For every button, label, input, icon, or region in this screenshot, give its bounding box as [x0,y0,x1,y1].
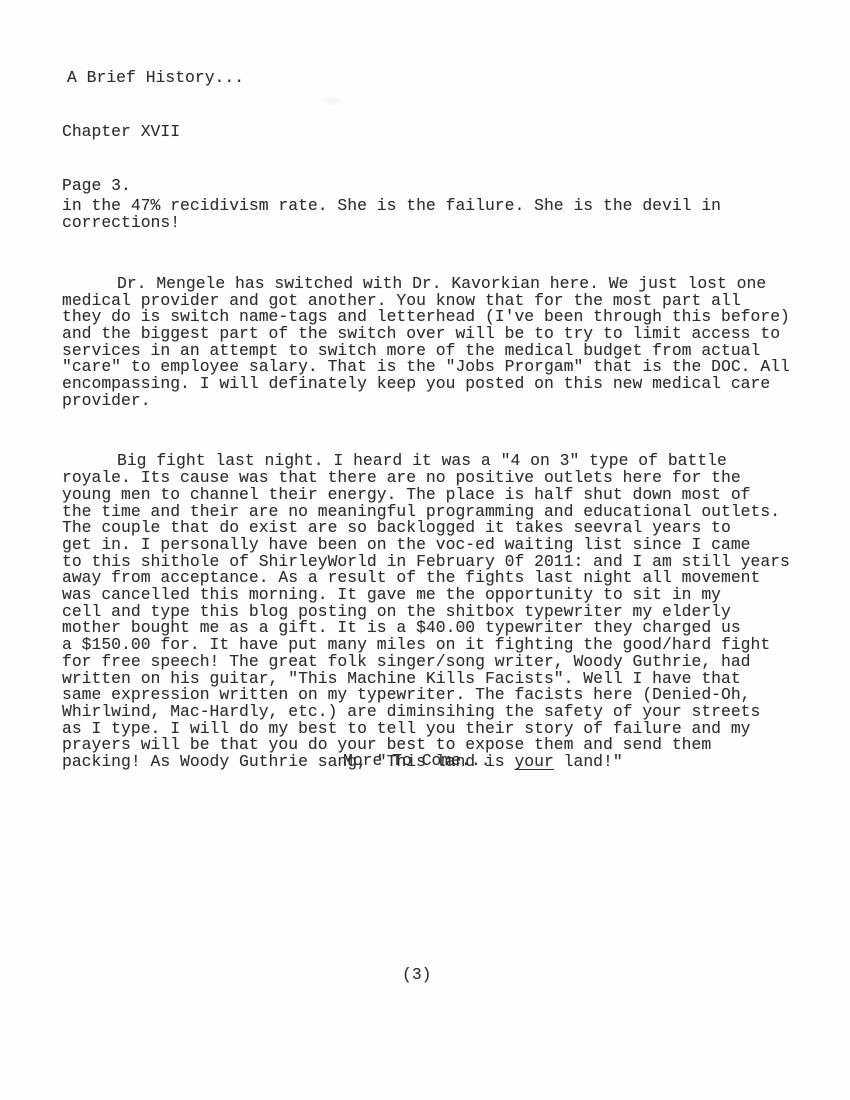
scan-smudge [320,96,346,106]
page-number: (3) [402,967,432,984]
paragraph-big-fight: Big fight last night. I heard it was a "… [62,453,822,770]
header-title: A Brief History... [62,69,244,87]
paragraph-text-post: land!" [554,752,623,771]
paragraph-text-pre: Big fight last night. I heard it was a "… [62,451,790,771]
typed-document-page: A Brief History... Chapter XVII Page 3. … [0,0,850,1100]
paragraph-medical-provider: Dr. Mengele has switched with Dr. Kavork… [62,276,822,410]
paragraph-recidivism: in the 47% recidivism rate. She is the f… [62,198,822,231]
letter-body: in the 47% recidivism rate. She is the f… [62,165,822,815]
underlined-word: your [514,752,553,771]
more-to-come-line: More To Come... [343,753,491,770]
header-chapter: Chapter XVII [62,123,244,141]
